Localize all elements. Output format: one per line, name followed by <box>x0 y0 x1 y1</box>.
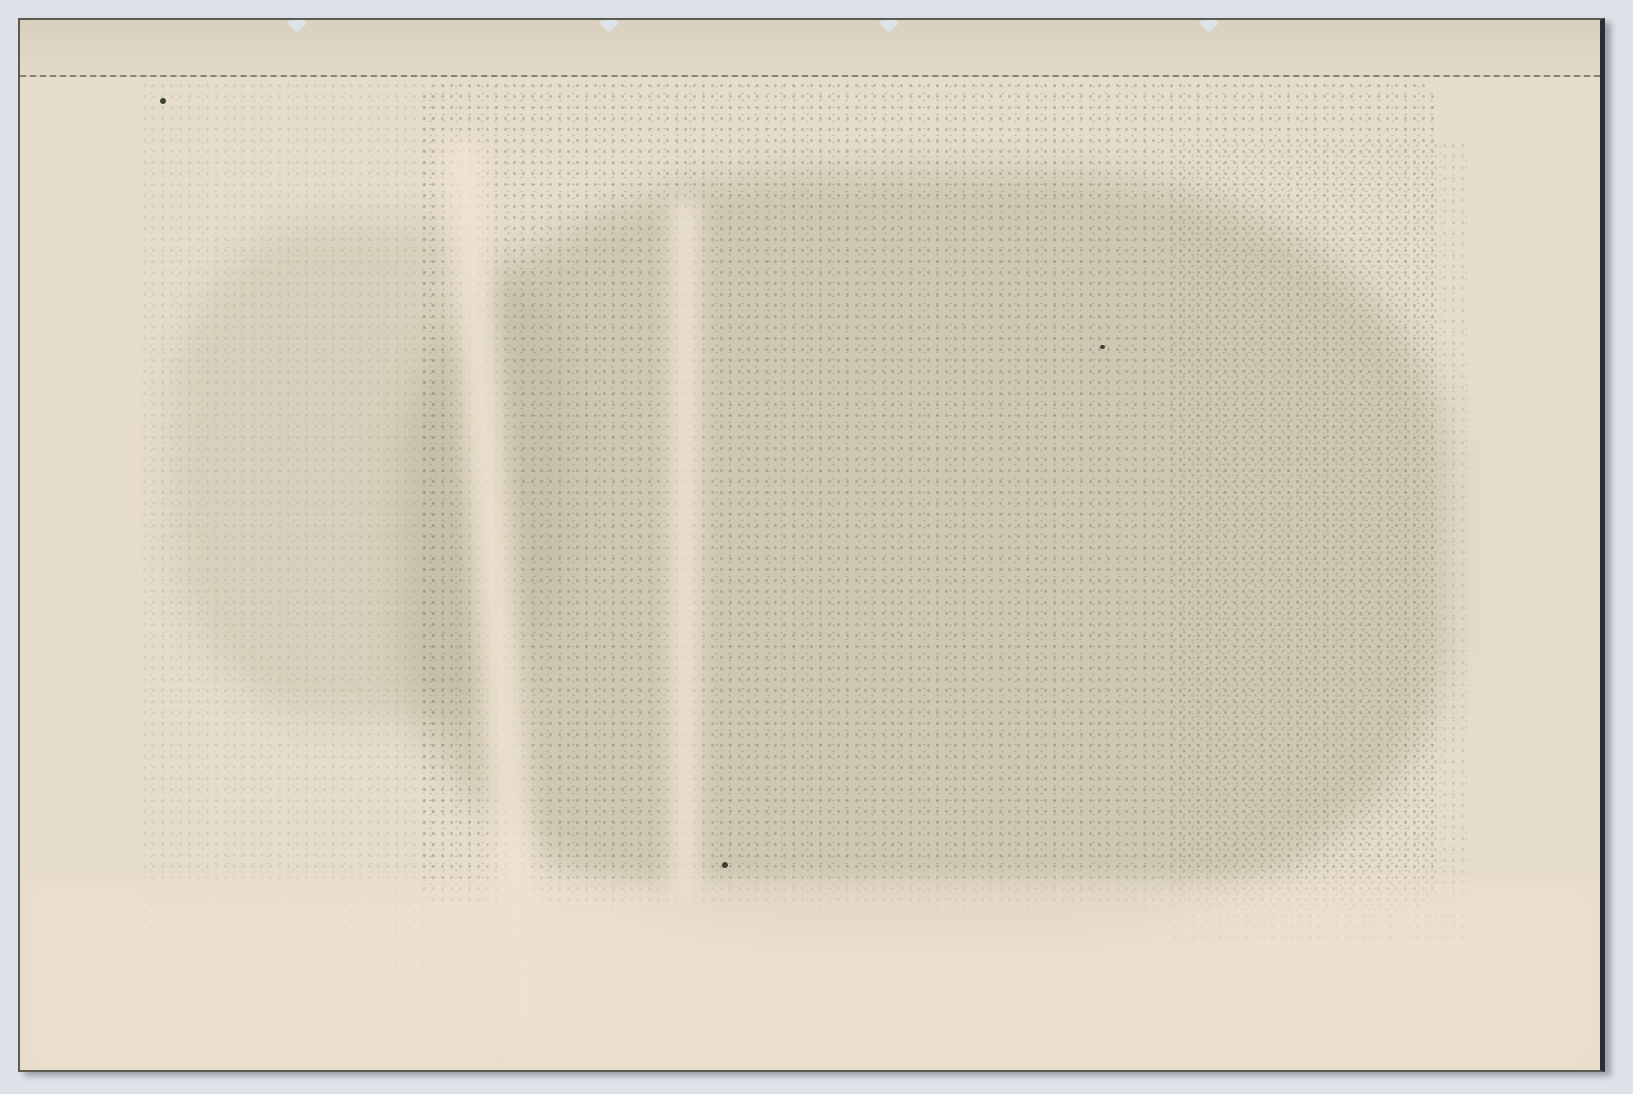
speckle-area <box>140 80 440 980</box>
ink-dot <box>722 862 728 868</box>
light-streak <box>670 200 700 900</box>
light-streak <box>20 880 1600 1070</box>
paper-sheet <box>18 18 1605 1072</box>
ink-dot <box>1100 345 1105 349</box>
ink-dot <box>160 98 166 104</box>
paper-top-band <box>20 20 1600 77</box>
speckle-area <box>1170 140 1470 940</box>
